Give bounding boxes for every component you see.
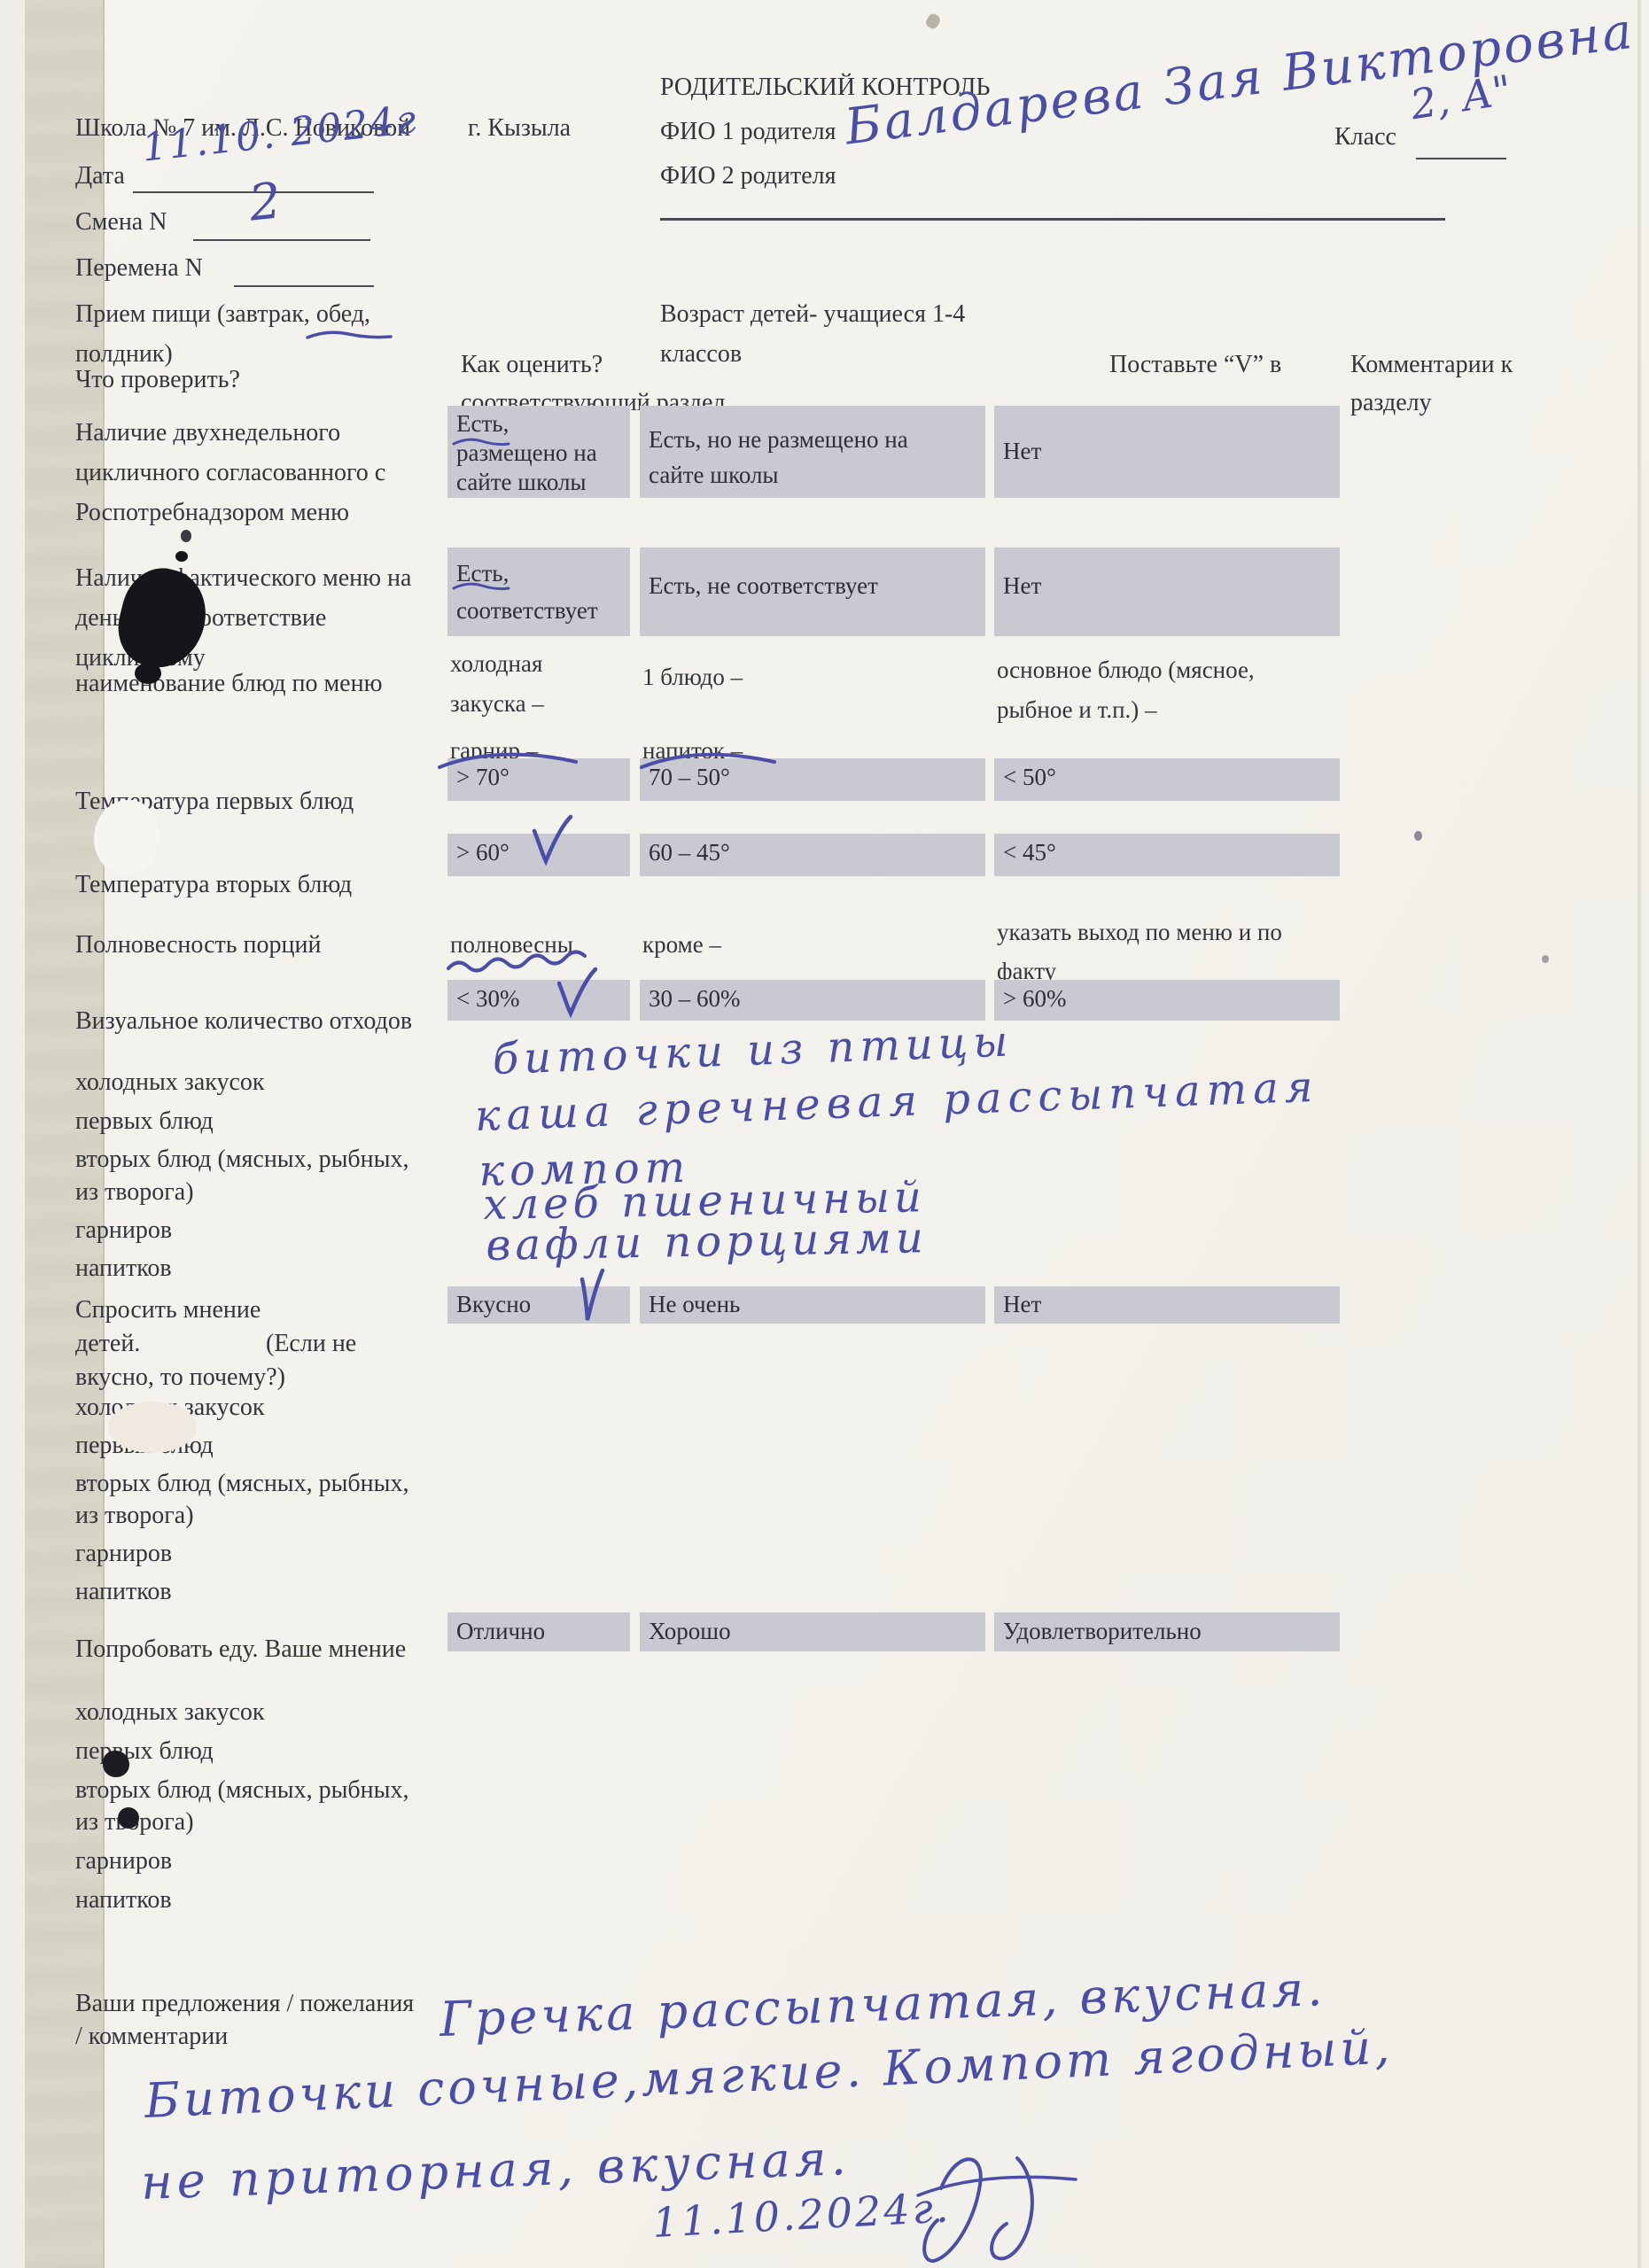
page-right-edge bbox=[1637, 0, 1641, 2268]
scan-speck bbox=[1542, 955, 1549, 963]
option-text: Есть, bbox=[456, 555, 621, 592]
option-text: 60 – 45° bbox=[649, 837, 976, 867]
option-cell-b: Хорошо bbox=[640, 1612, 985, 1651]
ink-blot bbox=[118, 1807, 139, 1829]
option-text: полновесны bbox=[450, 930, 573, 959]
city: г. Кызыла bbox=[468, 113, 571, 144]
fio2-underline bbox=[660, 218, 1445, 221]
option-cell-a: < 30% bbox=[447, 980, 630, 1021]
option-text: > 70° bbox=[456, 762, 621, 792]
meal-underlined-word: обед, bbox=[316, 300, 370, 328]
row-label: (Если не bbox=[266, 1329, 356, 1359]
option-text: основное блюдо (мясное, bbox=[997, 656, 1255, 684]
option-cell-c: Нет bbox=[994, 406, 1340, 498]
option-cell-b: 30 – 60% bbox=[640, 980, 985, 1021]
suggestions-label-line2: / комментарии bbox=[75, 2022, 228, 2052]
row-label: Температура вторых блюд bbox=[75, 870, 352, 900]
option-text: Нет bbox=[1003, 436, 1331, 466]
row-label: Полновесность порций bbox=[75, 930, 321, 960]
option-cell-b: 70 – 50° bbox=[640, 758, 985, 801]
option-cell-c: < 50° bbox=[994, 758, 1340, 801]
correction-fluid-blob bbox=[94, 800, 158, 874]
row-label: Наличие двухнедельного bbox=[75, 418, 340, 448]
row-label: наименование блюд по меню bbox=[75, 669, 383, 699]
option-text: < 30% bbox=[456, 983, 621, 1014]
recess-underline bbox=[234, 285, 374, 287]
suggestions-label-line1: Ваши предложения / пожелания bbox=[75, 1989, 414, 2019]
category-item: вторых блюд (мясных, рыбных, bbox=[75, 1775, 408, 1806]
option-text: < 45° bbox=[1003, 837, 1331, 867]
row-label: детей. bbox=[75, 1329, 140, 1359]
category-item: гарниров bbox=[75, 1216, 172, 1246]
col-header-what: Что проверить? bbox=[75, 365, 240, 395]
scanned-parent-control-form: РОДИТЕЛЬСКИЙ КОНТРОЛЬ Школа № 7 им. Л.С.… bbox=[0, 0, 1649, 2268]
row-label: Спросить мнение bbox=[75, 1295, 261, 1325]
option-text: < 50° bbox=[1003, 762, 1331, 792]
category-item: гарниров bbox=[75, 1846, 172, 1876]
option-text: рыбное и т.п.) – bbox=[997, 695, 1157, 724]
option-text: Отлично bbox=[456, 1616, 621, 1646]
option-cell-c: Нет bbox=[994, 1286, 1340, 1324]
recess-label: Перемена N bbox=[75, 253, 203, 283]
option-text: Хорошо bbox=[649, 1616, 976, 1646]
option-text: Не очень bbox=[649, 1289, 976, 1319]
row-label: Роспотребнадзором меню bbox=[75, 498, 349, 528]
option-cell-a: Вкусно bbox=[447, 1286, 630, 1324]
option-text: > 60% bbox=[1003, 983, 1331, 1014]
option-text: размещено на bbox=[456, 439, 621, 468]
option-text: указать выход по меню и по bbox=[997, 918, 1282, 946]
option-text: холодная bbox=[450, 649, 542, 678]
ink-blot bbox=[135, 663, 161, 684]
col-header-mark: Поставьте “V” в bbox=[1109, 350, 1281, 380]
shift-underline bbox=[193, 239, 370, 241]
option-text: сайте школы bbox=[649, 457, 976, 493]
category-item: из творога) bbox=[75, 1177, 194, 1208]
option-text: кроме – bbox=[642, 930, 721, 959]
ink-blot bbox=[175, 551, 188, 562]
option-text: > 60° bbox=[456, 837, 621, 867]
fio2-label: ФИО 2 родителя bbox=[660, 161, 836, 191]
option-cell-a: > 70° bbox=[447, 758, 630, 801]
row-label: Визуальное количество отходов bbox=[75, 1006, 412, 1037]
shift-label: Смена N bbox=[75, 207, 167, 237]
option-cell-b: Есть, но не размещено на сайте школы bbox=[640, 406, 985, 498]
class-label: Класс bbox=[1334, 122, 1396, 152]
date-handwritten-value: 11.10. 2024г bbox=[140, 97, 420, 170]
option-text: Вкусно bbox=[456, 1289, 621, 1319]
fio1-label: ФИО 1 родителя bbox=[660, 117, 836, 147]
col-header-comments-line2: разделу bbox=[1350, 388, 1432, 418]
row-label: вкусно, то почему?) bbox=[75, 1363, 285, 1393]
handwritten-date: 11.10.2024г. bbox=[651, 2183, 953, 2247]
option-text: закуска – bbox=[450, 689, 544, 718]
option-cell-a: > 60° bbox=[447, 834, 630, 876]
scan-speck bbox=[924, 12, 942, 31]
meal-prefix: Прием пищи (завтрак, bbox=[75, 300, 316, 328]
option-text: соответствует bbox=[456, 592, 621, 629]
option-text: 70 – 50° bbox=[649, 762, 976, 792]
paper-smudge bbox=[108, 1402, 197, 1453]
ink-dot bbox=[181, 530, 191, 542]
option-cell-c: Нет bbox=[994, 548, 1340, 636]
age-label-line2: классов bbox=[660, 339, 742, 369]
option-cell-c: < 45° bbox=[994, 834, 1340, 876]
option-cell-b: Не очень bbox=[640, 1286, 985, 1324]
category-item: холодных закусок bbox=[75, 1697, 265, 1728]
date-label: Дата bbox=[75, 161, 125, 191]
option-text: Есть, не соответствует bbox=[649, 571, 976, 601]
row-label: Наличие фактического меню на bbox=[75, 563, 411, 594]
signature-stroke bbox=[992, 2158, 1032, 2258]
option-text: Есть, bbox=[456, 409, 621, 439]
category-item: первых блюд bbox=[75, 1107, 214, 1137]
class-underline bbox=[1416, 158, 1506, 159]
option-cell-a: Есть, размещено на сайте школы bbox=[447, 406, 630, 498]
ink-blot bbox=[103, 1751, 129, 1777]
option-cell-c: Удовлетворительно bbox=[994, 1612, 1340, 1651]
option-text: Есть, но не размещено на bbox=[649, 422, 976, 457]
shift-handwritten-value: 2 bbox=[246, 172, 284, 232]
category-item: первых блюд bbox=[75, 1736, 214, 1767]
col-header-how-line1: Как оценить? bbox=[461, 350, 603, 380]
option-cell-b: 60 – 45° bbox=[640, 834, 985, 876]
category-item: из творога) bbox=[75, 1501, 194, 1531]
option-text: 1 блюдо – bbox=[642, 663, 743, 691]
category-item: вторых блюд (мясных, рыбных, bbox=[75, 1469, 408, 1499]
meal-label-line1: Прием пищи (завтрак, обед, bbox=[75, 299, 370, 330]
option-text: Удовлетворительно bbox=[1003, 1616, 1331, 1646]
option-cell-a: Есть, соответствует bbox=[447, 548, 630, 636]
option-text: Нет bbox=[1003, 1289, 1331, 1319]
handwritten-dish: биточки из птицы bbox=[492, 1016, 1014, 1084]
page-left-edge bbox=[0, 0, 25, 2268]
age-label-line1: Возраст детей- учащиеся 1-4 bbox=[660, 299, 965, 330]
category-item: холодных закусок bbox=[75, 1068, 265, 1098]
handwritten-dish: вафли порциями bbox=[486, 1213, 928, 1270]
category-item: гарниров bbox=[75, 1539, 172, 1569]
option-cell-b: Есть, не соответствует bbox=[640, 548, 985, 636]
col-header-comments-line1: Комментарии к bbox=[1350, 350, 1513, 380]
scan-speck bbox=[1414, 831, 1422, 841]
option-text: 30 – 60% bbox=[649, 983, 976, 1014]
option-cell-a: Отлично bbox=[447, 1612, 630, 1651]
option-text: сайте школы bbox=[456, 468, 621, 497]
underline-obed bbox=[307, 332, 391, 338]
row-label: Попробовать еду. Ваше мнение bbox=[75, 1635, 406, 1665]
option-cell-c: > 60% bbox=[994, 980, 1340, 1021]
row-label: цикличного согласованного с bbox=[75, 458, 385, 488]
option-text: Нет bbox=[1003, 571, 1331, 601]
category-item: напитков bbox=[75, 1885, 172, 1915]
ink-annotations-layer bbox=[0, 0, 1649, 2268]
category-item: напитков bbox=[75, 1254, 172, 1284]
category-item: вторых блюд (мясных, рыбных, bbox=[75, 1145, 408, 1175]
category-item: напитков bbox=[75, 1577, 172, 1607]
